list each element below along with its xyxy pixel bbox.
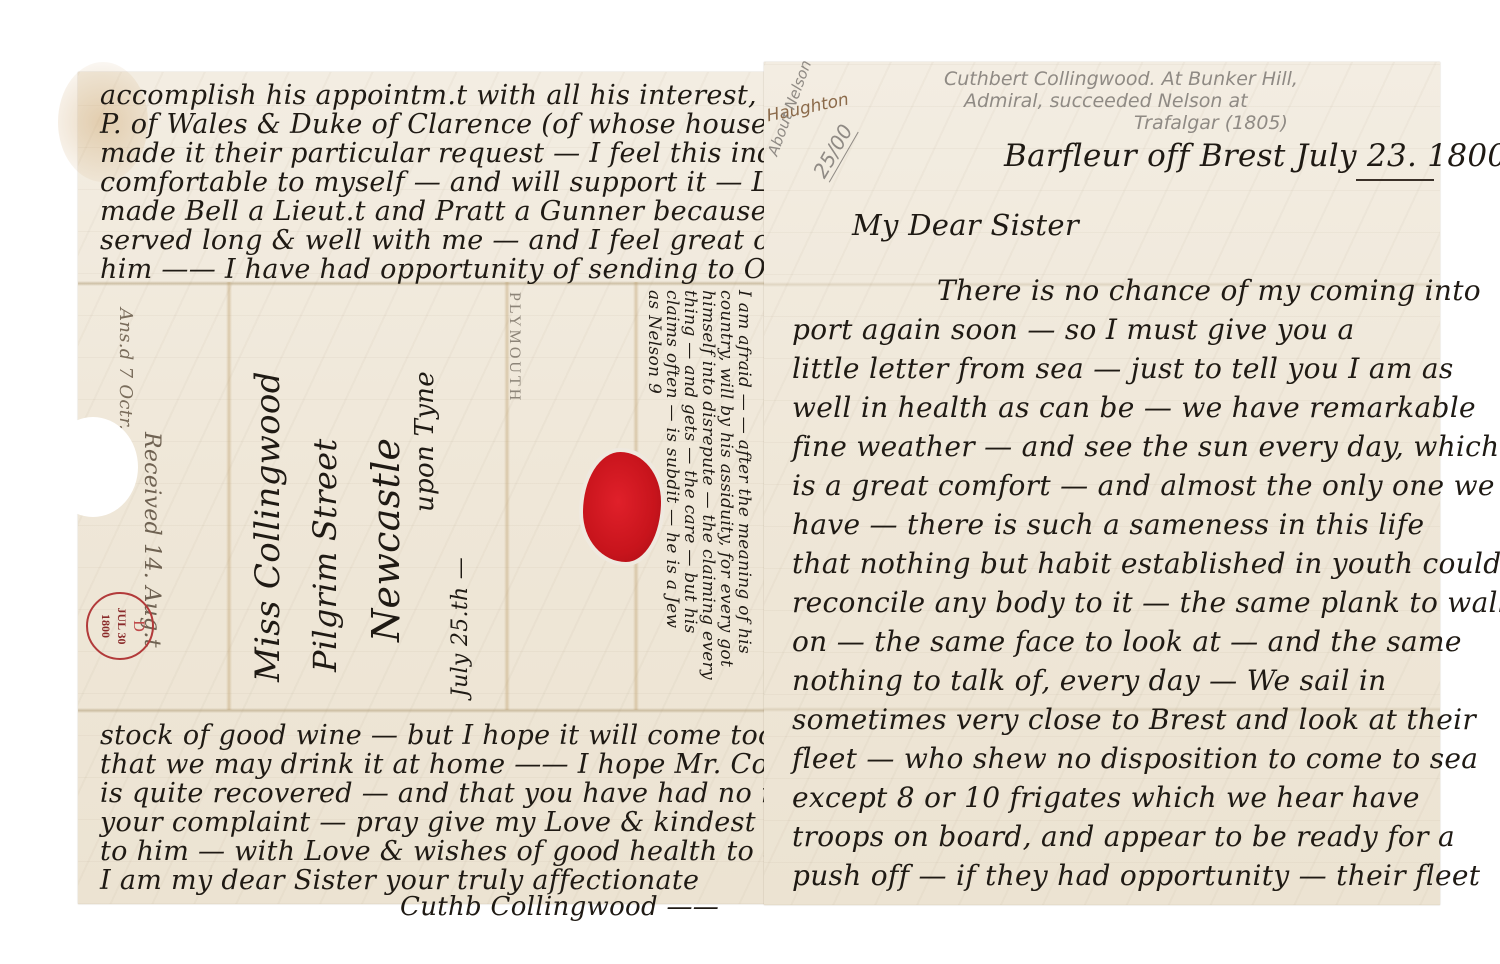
note-line: himself into disrepute — the claiming ev…	[698, 290, 718, 680]
address-line-street: Pilgrim Street	[306, 438, 344, 672]
signature: Cuthb Collingwood ——	[400, 892, 719, 922]
letter-line: well in health as can be — we have remar…	[792, 391, 1476, 424]
pencil-annotation-top: Cuthbert Collingwood. At Bunker Hill, Ad…	[944, 68, 1298, 134]
letter-line: that nothing but habit established in yo…	[792, 547, 1500, 580]
address-date: July 25.th —	[448, 557, 473, 697]
wax-seal	[583, 452, 661, 562]
letter-line: fine weather — and see the sun every day…	[792, 430, 1500, 463]
letter-line: little letter from sea — just to tell yo…	[792, 352, 1454, 385]
letter-line: troops on board, and appear to be ready …	[792, 820, 1455, 853]
letter-line: fleet — who shew no disposition to come …	[792, 742, 1478, 775]
letter-line: except 8 or 10 frigates which we hear ha…	[792, 781, 1420, 814]
dateline: Barfleur off Brest July 23. 1800	[1004, 138, 1500, 174]
letter-line: port again soon — so I must give you a	[792, 313, 1355, 346]
letter-line: is a great comfort — and almost the only…	[792, 469, 1495, 502]
postmark: D JUL 30 1800	[86, 592, 154, 660]
date-underline	[1356, 179, 1434, 181]
docket-answered: Ans.d 7 Octr.	[115, 308, 136, 430]
right-sheet: Cuthbert Collingwood. At Bunker Hill, Ad…	[764, 62, 1440, 905]
postmark-year: 1800	[98, 594, 114, 658]
letter-line: have — there is such a sameness in this …	[792, 508, 1424, 541]
note-line: I am afraid — — after the meaning of his	[734, 290, 754, 654]
address-line-name: Miss Collingwood	[248, 371, 288, 682]
note-line: as Nelson 9	[644, 290, 664, 394]
pencil-line: Admiral, succeeded Nelson at	[944, 90, 1298, 112]
letter-line: on — the same face to look at — and the …	[792, 625, 1462, 658]
pencil-annotation-price: 25/00	[808, 120, 858, 182]
address-line-city: Newcastle	[364, 438, 408, 642]
note-line: claims often — is subdit — he is a Jew	[662, 290, 682, 628]
letter-line: There is no chance of my coming into	[937, 274, 1481, 307]
address-line-region: upon Tyne	[410, 371, 440, 512]
pencil-line: Trafalgar (1805)	[944, 112, 1298, 134]
pencil-line: Cuthbert Collingwood. At Bunker Hill,	[944, 68, 1298, 90]
note-line: thing — and gets — the care — but his	[680, 290, 700, 634]
postmark-letter: D	[130, 594, 146, 658]
fold-line	[226, 282, 232, 710]
letter-line: nothing to talk of, every day — We sail …	[792, 664, 1387, 697]
letter-line: push off — if they had opportunity — the…	[792, 859, 1480, 892]
postmark-date: JUL 30	[114, 594, 130, 658]
fold-line	[78, 708, 764, 713]
notch-cutout	[48, 417, 138, 517]
salutation: My Dear Sister	[852, 208, 1079, 242]
left-sheet: accomplish his appointm.t with all his i…	[78, 72, 764, 904]
letter-line: reconcile any body to it — the same plan…	[792, 586, 1500, 619]
letter-line: sometimes very close to Brest and look a…	[792, 703, 1476, 736]
letter-line: stock of good wine — but I hope it will …	[100, 720, 836, 751]
plymouth-stamp: PLYMOUTH	[505, 292, 523, 403]
note-line: country, will by his assiduity, for ever…	[716, 290, 736, 667]
